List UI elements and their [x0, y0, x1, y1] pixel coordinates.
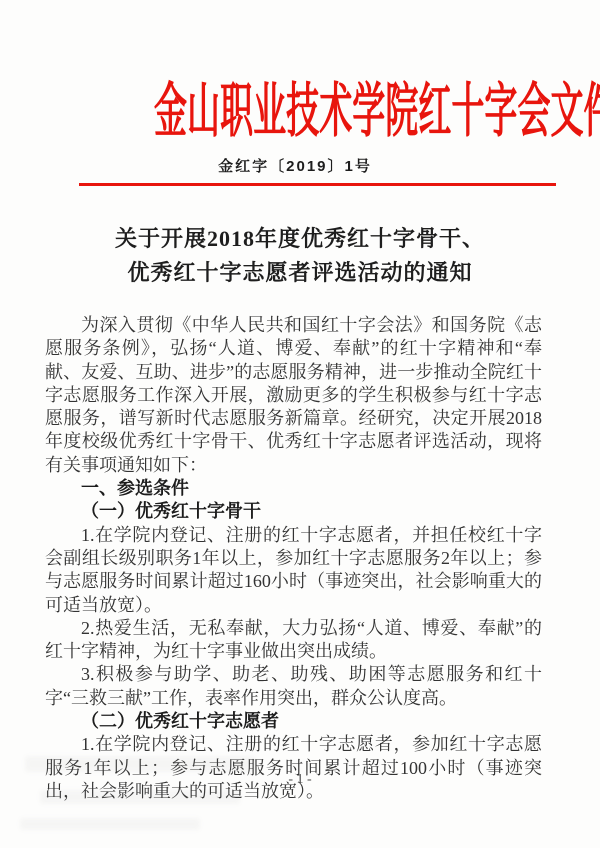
scan-bleed-artifact: [40, 790, 240, 804]
paragraph-backbone-item2: 2.热爱生活，无私奉献，大力弘扬“人道、博爱、奉献”的红十字精神，为红十字事业做…: [45, 617, 542, 664]
section-heading-criteria: 一、参选条件: [45, 477, 542, 500]
scan-bleed-artifact: [25, 756, 255, 772]
subsection-heading-volunteer: （二）优秀红十字志愿者: [45, 710, 542, 733]
red-separator-line: [79, 183, 556, 186]
document-body: 为深入贯彻《中华人民共和国红十字会法》和国务院《志愿服务条例》，弘扬“人道、博爱…: [45, 314, 542, 803]
document-page: 金山职业技术学院红十字会文件 金红字〔2019〕1号 关于开展2018年度优秀红…: [0, 0, 600, 848]
document-title: 关于开展2018年度优秀红十字骨干、 优秀红十字志愿者评选活动的通知: [0, 222, 600, 290]
document-number: 金红字〔2019〕1号: [0, 155, 590, 176]
scan-bleed-artifact: [20, 818, 200, 830]
subsection-heading-backbone: （一）优秀红十字骨干: [45, 500, 542, 523]
paragraph-backbone-item1: 1.在学院内登记、注册的红十字志愿者，并担任校红十字会副组长级别职务1年以上，参…: [45, 524, 542, 617]
paragraph-backbone-item3: 3.积极参与助学、助老、助残、助困等志愿服务和红十字“三救三献”工作，表率作用突…: [45, 663, 542, 710]
document-title-line2: 优秀红十字志愿者评选活动的通知: [0, 256, 600, 290]
paragraph-intro: 为深入贯彻《中华人民共和国红十字会法》和国务院《志愿服务条例》，弘扬“人道、博爱…: [45, 314, 542, 477]
page-number: - 1 -: [0, 772, 600, 788]
red-header-org-title: 金山职业技术学院红十字会文件: [154, 82, 490, 141]
document-title-line1: 关于开展2018年度优秀红十字骨干、: [0, 222, 600, 256]
